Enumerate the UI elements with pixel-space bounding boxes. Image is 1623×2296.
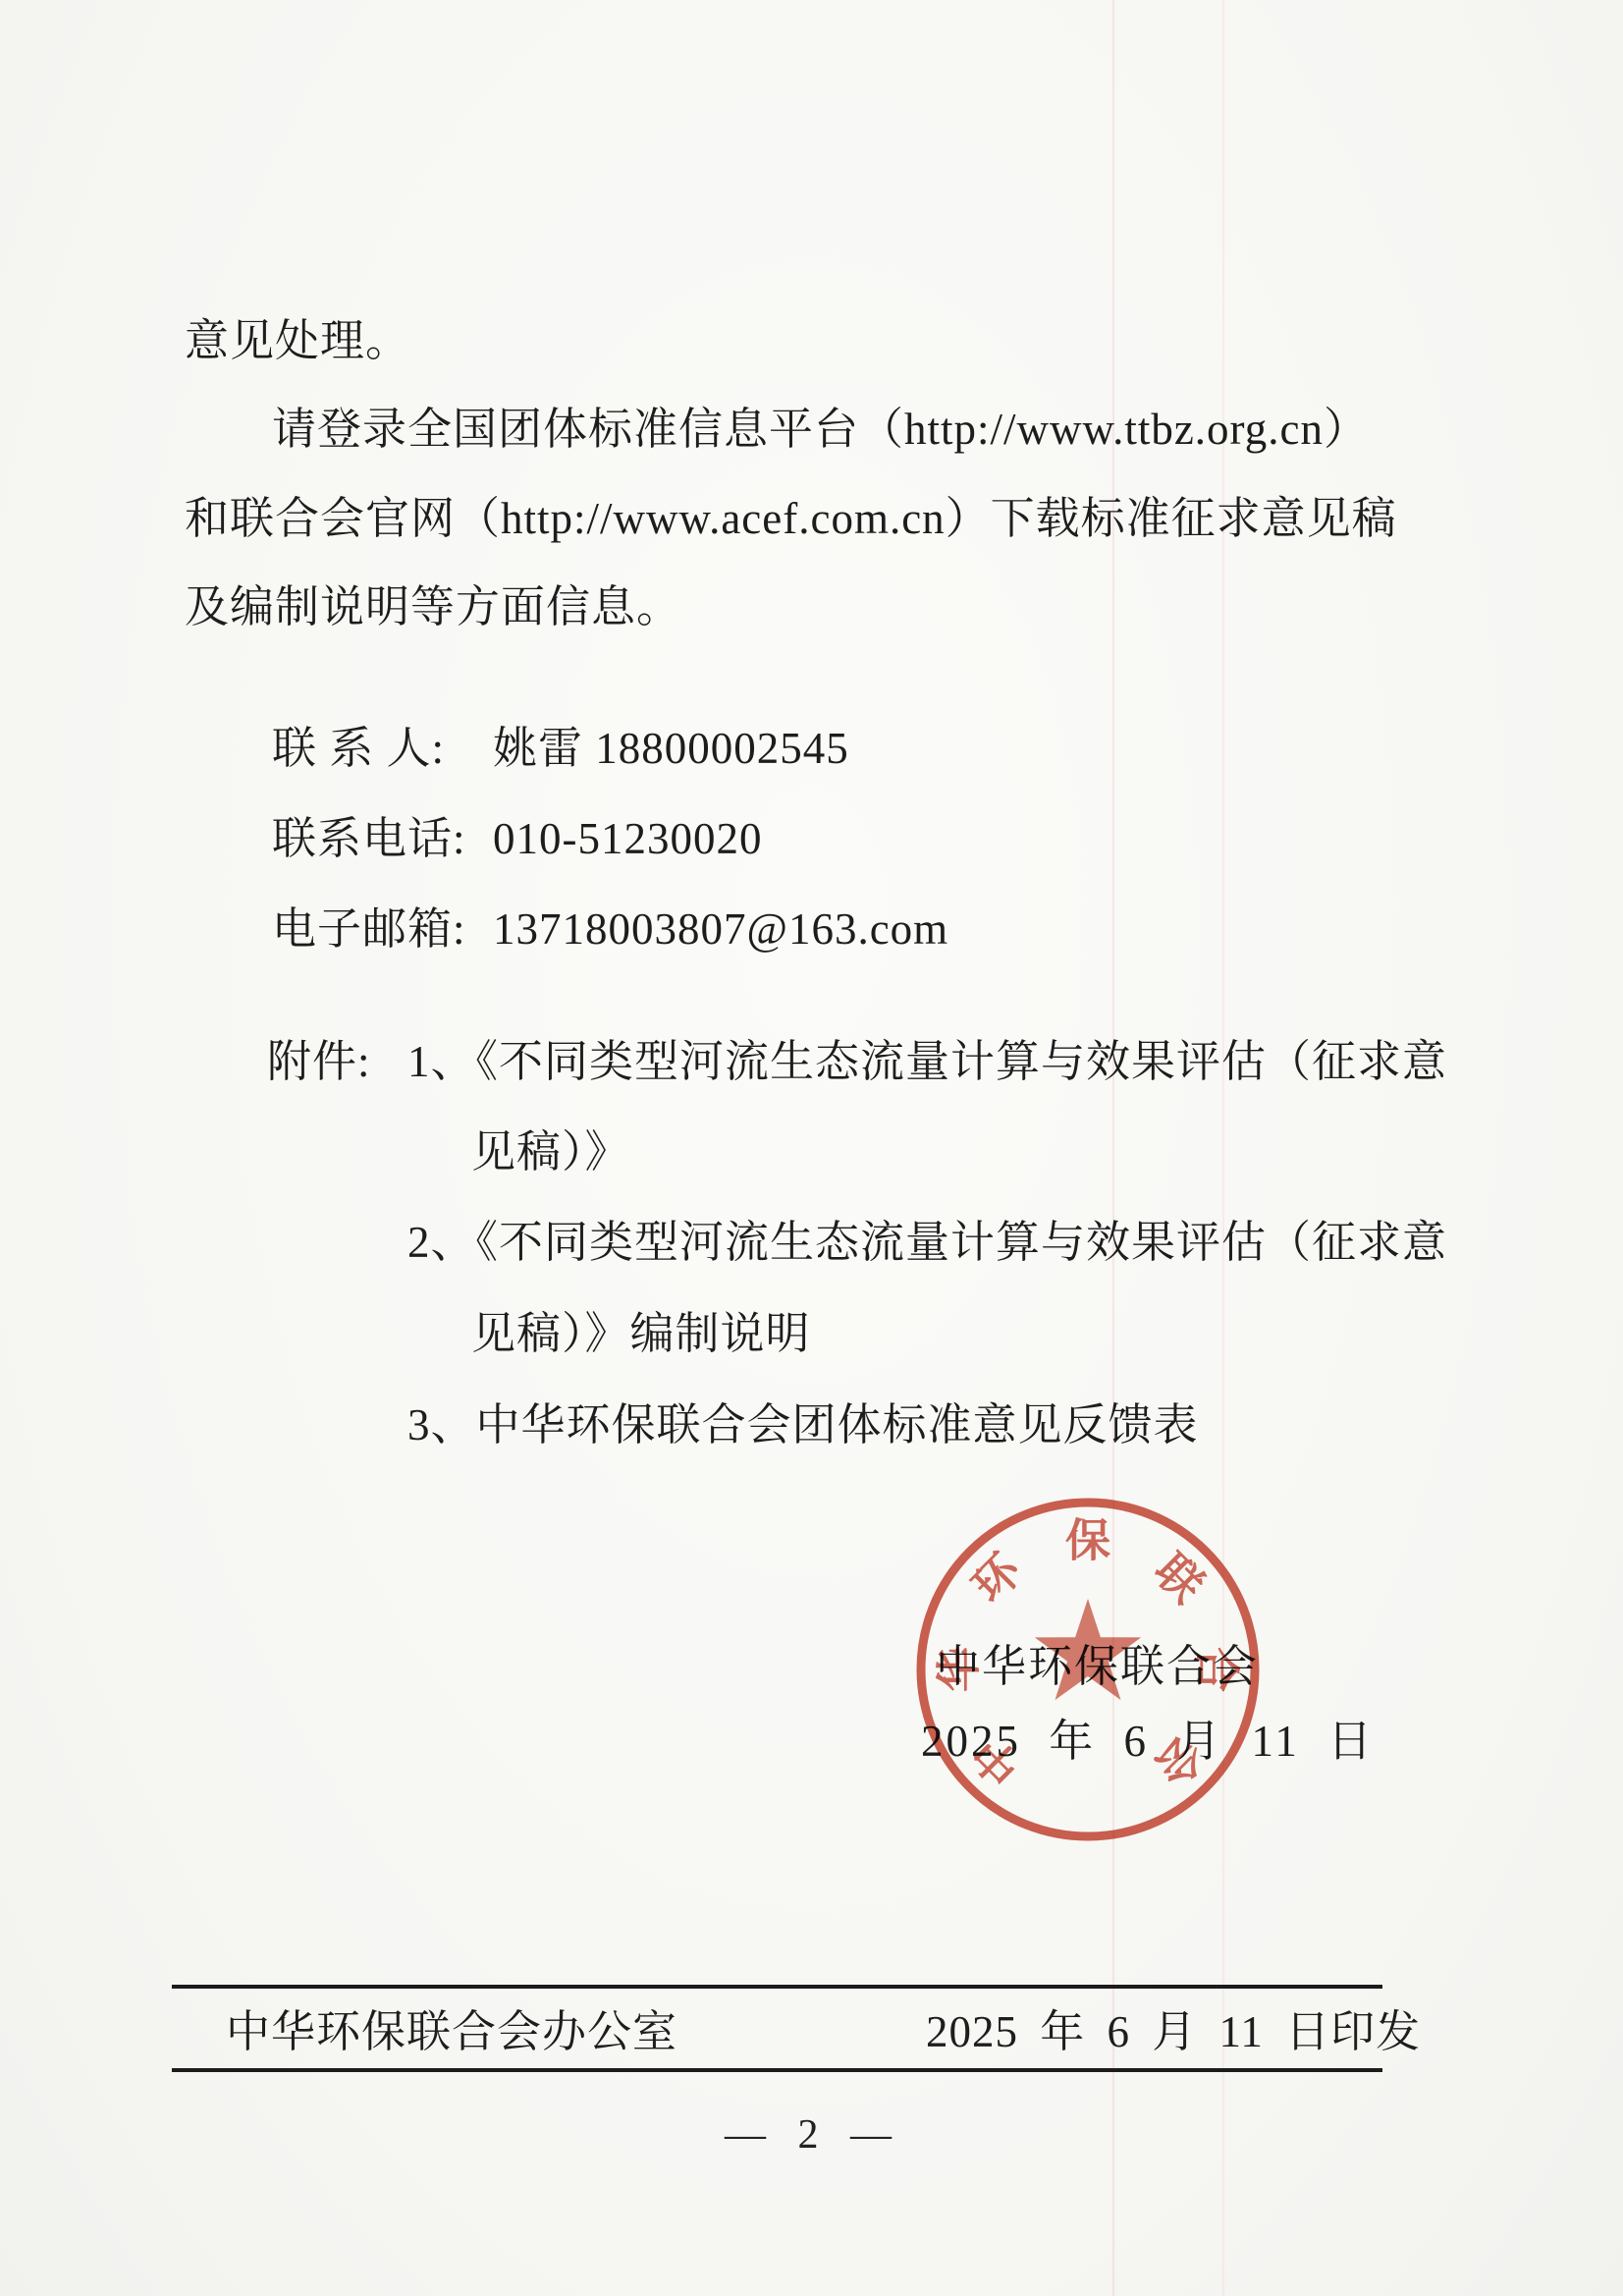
attachment-3-line: 3、中华环保联合会团体标准意见反馈表 [407, 1400, 1199, 1451]
contact-phone-row: 联系电话:010-51230020 [272, 814, 763, 865]
page-number: — 2 — [725, 2111, 893, 2159]
attachment-1-line-1: 1、《不同类型河流生态流量计算与效果评估（征求意 [407, 1037, 1447, 1088]
body-line-2: 请登录全国团体标准信息平台（http://www.ttbz.org.cn） [272, 405, 1369, 456]
body-line-3: 和联合会官网（http://www.acef.com.cn）下载标准征求意见稿 [185, 494, 1397, 545]
body-line-1: 意见处理。 [185, 316, 410, 367]
body-line-4: 及编制说明等方面信息。 [185, 582, 681, 633]
contact-person-value: 姚雷 18800002545 [493, 724, 849, 775]
seal-arc-char: 保 [1065, 1516, 1110, 1566]
signature-date: 2025 年 6 月 11 日 [921, 1717, 1375, 1768]
seal-arc-char: 环 [963, 1544, 1032, 1613]
scan-artifact-line [1222, 0, 1224, 2296]
attachment-1-line-2: 见稿）》 [471, 1127, 630, 1178]
scanned-document-page: 意见处理。 请登录全国团体标准信息平台（http://www.ttbz.org.… [0, 0, 1623, 2296]
contact-phone-label: 联系电话: [272, 814, 493, 865]
contact-email-row: 电子邮箱:13718003807@163.com [272, 904, 948, 956]
footer-issue-date: 2025 年 6 月 11 日印发 [926, 2007, 1421, 2058]
contact-phone-value: 010-51230020 [493, 814, 763, 865]
footer-rule-bottom [172, 2068, 1382, 2072]
attachment-2-line-1: 2、《不同类型河流生态流量计算与效果评估（征求意 [407, 1218, 1447, 1269]
seal-arc-char: 联 [1145, 1545, 1213, 1613]
footer-rule-top [172, 1985, 1382, 1989]
signature-org: 中华环保联合会 [936, 1642, 1259, 1693]
contact-email-value: 13718003807@163.com [493, 904, 948, 956]
contact-person-row: 联 系 人:姚雷 18800002545 [272, 724, 849, 775]
scan-artifact-line [1112, 0, 1114, 2296]
attachments-label: 附件: [267, 1037, 371, 1088]
attachment-2-line-2: 见稿）》编制说明 [471, 1309, 811, 1360]
footer-office: 中华环保联合会办公室 [226, 2007, 677, 2058]
contact-person-label: 联 系 人: [272, 724, 493, 775]
contact-email-label: 电子邮箱: [272, 904, 493, 956]
